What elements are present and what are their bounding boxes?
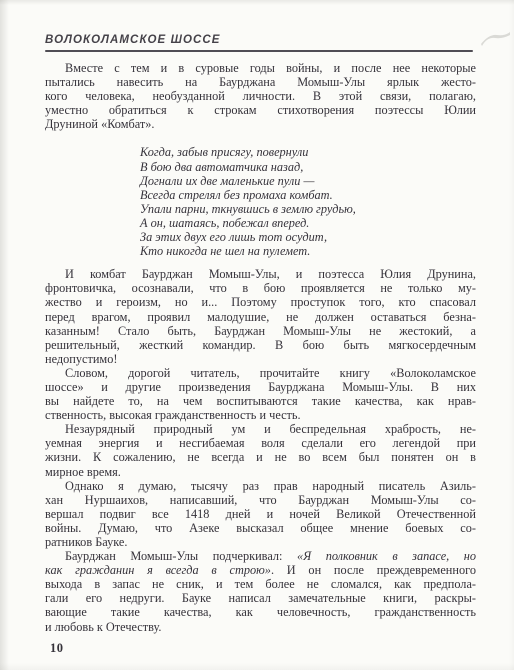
text-line: Друниной «Комбат».	[45, 117, 476, 131]
book-page: ВОЛОКОЛАМСКОЕ ШОССЕ Вместе с тем и в сур…	[0, 0, 514, 670]
poem-line: В бою два автоматчика назад,	[140, 160, 476, 174]
running-head-title: ВОЛОКОЛАМСКОЕ ШОССЕ	[45, 34, 476, 47]
text-line: Незаурядный природный ум и беспредельная…	[45, 422, 476, 436]
text-line: Словом, дорогой читатель, прочитайте кни…	[45, 366, 476, 380]
text-line: кого человека, необузданной личности. В …	[45, 89, 476, 103]
text-line: хан Нуршаихов, написавший, что Баурджан …	[45, 493, 476, 507]
text-line: войны. Думаю, что Азеке высказал общее м…	[45, 521, 476, 535]
text-line: пытались навесить на Баурджана Момыш-Улы…	[45, 75, 476, 89]
text-line: Баурджан Момыш-Улы подчеркивал: «Я полко…	[45, 549, 476, 563]
text-line: как гражданин я всегда в строю». И он по…	[45, 563, 476, 577]
text-line: решительный, жесткий командир. В бою быт…	[45, 338, 476, 352]
paragraph: Незаурядный природный ум и беспредельная…	[45, 422, 476, 478]
text-line: Однако я думаю, тысячу раз прав народный…	[45, 479, 476, 493]
page-number: 10	[50, 641, 476, 656]
text-line: недопустимо!	[45, 352, 476, 366]
text-line: жизни. К сожалению, не всегда и не во вс…	[45, 450, 476, 464]
text-line: вы найдете то, на чем воспитываются таки…	[45, 394, 476, 408]
poem-line: Кто никогда не шел на пулемет.	[140, 244, 476, 258]
plain-text: . И он после преждевременного	[271, 563, 476, 577]
paragraph: Баурджан Момыш-Улы подчеркивал: «Я полко…	[45, 549, 476, 634]
text-line: ственность, высокая гражданственность и …	[45, 408, 476, 422]
text-line: мирное время.	[45, 465, 476, 479]
paragraph: Словом, дорогой читатель, прочитайте кни…	[45, 366, 476, 422]
text-line: уемная энергия и несгибаемая воля сделал…	[45, 436, 476, 450]
text-line: вающие такие качества, как человечность,…	[45, 605, 476, 619]
scan-artifact-curve	[479, 26, 513, 50]
text-line: И комбат Баурджан Момыш-Улы, и поэтесса …	[45, 267, 476, 281]
text-line: казанным! Стало быть, Баурджан Момыш-Улы…	[45, 324, 476, 338]
header-rule	[45, 50, 473, 52]
poem-line: А он, шатаясь, побежал вперед.	[140, 216, 476, 230]
text-line: вершал подвиг все 1418 дней и ночей Вели…	[45, 507, 476, 521]
text-line: и любовь к Отечеству.	[45, 620, 476, 634]
poem-line: Всегда стрелял без промаха комбат.	[140, 188, 476, 202]
quoted-italic-text: «Я полковник в запасе, но	[297, 549, 476, 563]
text-line: Вместе с тем и в суровые годы войны, и п…	[45, 61, 476, 75]
page-header: ВОЛОКОЛАМСКОЕ ШОССЕ	[45, 34, 476, 52]
text-line: жество и героизм, но и... Поэтому просту…	[45, 295, 476, 309]
poem-line: Когда, забыв присягу, повернули	[140, 145, 476, 159]
poem-line: Упали парни, ткнувшись в землю грудью,	[140, 202, 476, 216]
text-line: выхода в запас не сник, и тем более не с…	[45, 577, 476, 591]
paragraph: Однако я думаю, тысячу раз прав народный…	[45, 479, 476, 549]
text-line: ратников Бауке.	[45, 535, 476, 549]
text-line: шоссе» и другие произведения Баурджана М…	[45, 380, 476, 394]
text-line: перед врагом, проявил малодушие, не долж…	[45, 310, 476, 324]
text-line: гали его недруги. Бауке написал замечате…	[45, 591, 476, 605]
text-line: уместно обратиться к строкам стихотворен…	[45, 103, 476, 117]
poem-line: Догнали их две маленькие пули —	[140, 174, 476, 188]
text-line: фронтовичка, осознавали, что в бою прояв…	[45, 281, 476, 295]
quoted-italic-text: как гражданин я всегда в строю»	[45, 563, 271, 577]
poem-block: Когда, забыв присягу, повернулиВ бою два…	[140, 145, 476, 258]
text-column: Вместе с тем и в суровые годы войны, и п…	[45, 61, 476, 634]
paragraph: Вместе с тем и в суровые годы войны, и п…	[45, 61, 476, 131]
poem-line: За этих двух его лишь тот осудит,	[140, 230, 476, 244]
plain-text: Баурджан Момыш-Улы подчеркивал:	[65, 549, 297, 563]
paragraph: И комбат Баурджан Момыш-Улы, и поэтесса …	[45, 267, 476, 366]
